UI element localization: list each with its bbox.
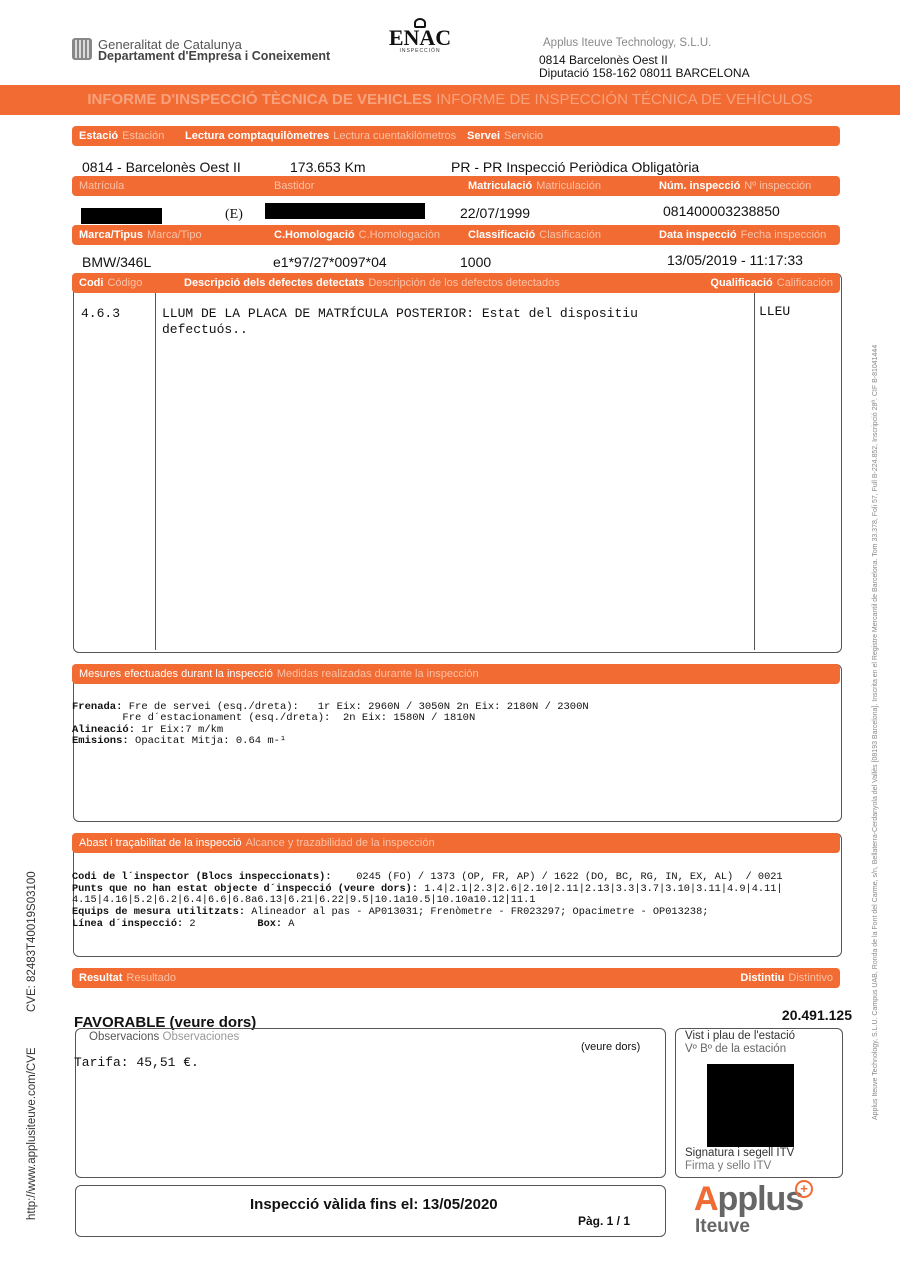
defect-code: 4.6.3 [81,306,120,321]
signature-redacted [707,1064,794,1147]
measure-emissions: Emisions: Opacitat Mitja: 0.64 m-¹ [72,736,589,748]
scope-text: Codi de l´inspector (Blocs inspeccionats… [72,860,783,943]
defects-header-bar: CodiCódigo Descripció dels defectes dete… [72,273,840,293]
observations-label: Observacions Observaciones [89,1031,239,1043]
gov-department: Departament d'Empresa i Coneixement [98,49,330,63]
iteuve-logo: Iteuve [695,1216,750,1238]
inspection-line: Línea d´inspecció: 2 Box: A [72,919,783,931]
homologation-value: e1*97/27*0097*04 [273,254,387,270]
plus-circle-icon: + [795,1180,813,1198]
page-number: Pàg. 1 / 1 [578,1214,630,1228]
measures-header-bar: Mesures efectuades durant la inspeccióMe… [72,664,840,684]
report-title-bar: INFORME D'INSPECCIÓ TÈCNICA DE VEHICLES … [0,85,900,115]
station-address-line2: Diputació 158-162 08011 BARCELONA [539,66,750,80]
station-header-bar: EstacióEstación Lectura comptaquilòmetre… [72,126,840,146]
make-type-value: BMW/346L [82,254,151,270]
title-ca: INFORME D'INSPECCIÓ TÈCNICA DE VEHICLES [87,91,432,108]
observations-note: (veure dors) [581,1041,640,1053]
left-url[interactable]: http://www.applusiteuve.com/CVE [26,1047,38,1220]
title-es: INFORME DE INSPECCIÓN TÉCNICA DE VEHÍCUL… [436,91,812,108]
measures-text: Frenada: Fre de servei (esq./dreta): 1r … [72,690,589,759]
service-value: PR - PR Inspecció Periòdica Obligatòria [451,159,699,175]
defect-description-line2: defectuós.. [162,322,248,337]
station-address-line1: 0814 Barcelonès Oest II [539,53,668,67]
result-header-bar: ResultatResultado DistintiuDistintivo [72,968,840,988]
approval-ca: Vist i plau de l'estació [685,1030,795,1042]
badge-number: 20.491.125 [782,1007,852,1023]
vehicle-header-bar: Matrícula Bastidor MatriculacióMatricula… [72,176,840,196]
defects-divider-right [754,293,755,650]
odometer-value: 173.653 Km [290,159,366,175]
observations-box [75,1028,666,1178]
left-cve: CVE: 82483T40019S03100 [26,871,38,1012]
applus-a-accent: A [694,1180,719,1219]
registration-date-value: 22/07/1999 [460,205,530,221]
plate-country: (E) [225,207,243,223]
vin-redacted [265,203,425,219]
approval-es: Vº Bº de la estación [685,1043,786,1055]
defect-description-line1: LLUM DE LA PLACA DE MATRÍCULA POSTERIOR:… [162,306,638,321]
defects-divider-left [155,293,156,650]
station-value: 0814 - Barcelonès Oest II [82,159,241,175]
inspection-date-value: 13/05/2019 - 11:17:33 [667,252,803,268]
scope-header-bar: Abast i traçabilitat de la inspeccióAlca… [72,833,840,853]
company-name: Applus Iteuve Technology, S.L.U. [543,37,711,49]
type-header-bar: Marca/TipusMarca/Tipo C.HomologacióC.Hom… [72,225,840,245]
fee-text: Tarifa: 45,51 €. [74,1055,199,1070]
signature-es: Firma y sello ITV [685,1160,771,1172]
generalitat-logo [72,38,92,60]
classification-value: 1000 [460,254,491,270]
validity-text: Inspecció vàlida fins el: 13/05/2020 [250,1196,498,1213]
right-legal-text: Applus Iteuve Technology, S.L.U. Campus … [872,345,879,1120]
inspection-number-value: 081400003238850 [663,203,780,219]
plate-redacted [81,208,162,224]
enac-logo: ENAC INSPECCIÓN [388,18,452,54]
defect-qualification: LLEU [759,304,790,319]
signature-ca: Signatura i segell ITV [685,1147,794,1159]
